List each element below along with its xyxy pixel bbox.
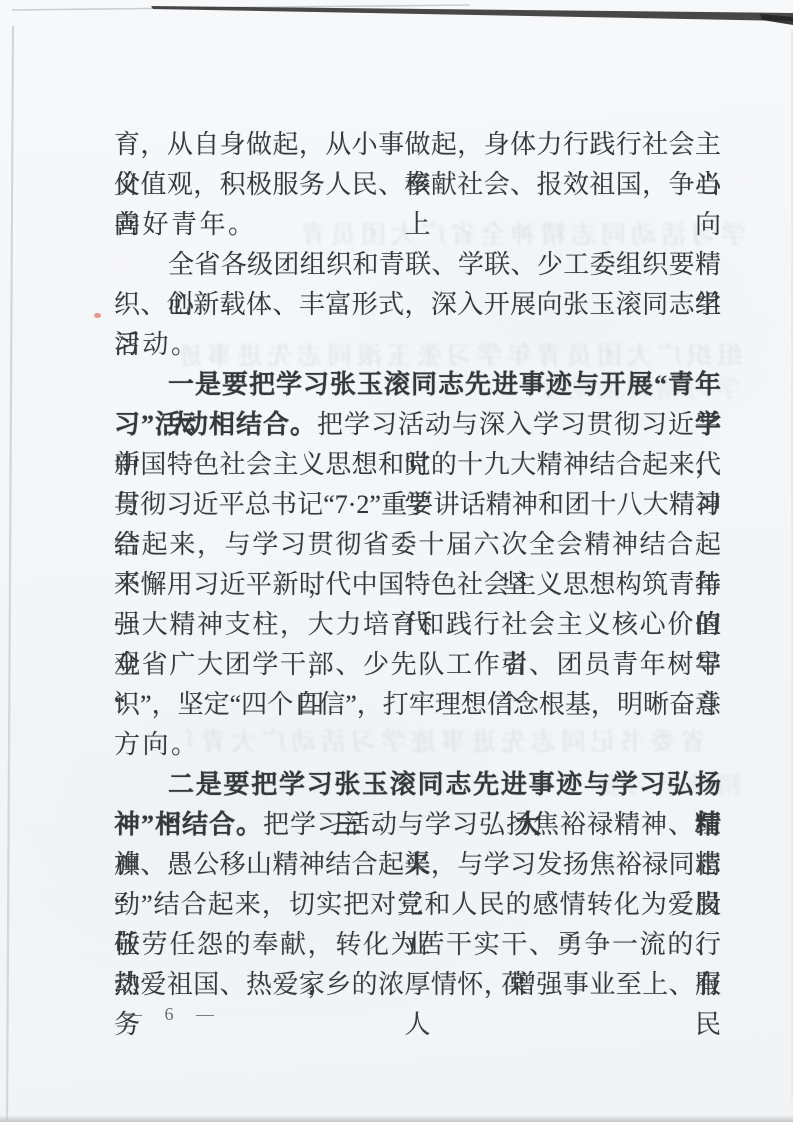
paragraph-4: 二是要把学习张玉滚同志先进事迹与学习弘扬“三大精 神”相结合。把学习活动与学习弘… bbox=[114, 765, 721, 1005]
emphasis-run: 习”活动相结合。 bbox=[114, 410, 317, 439]
text-line-emphasis: 一是要把学习张玉滚同志先进事迹与开展“青年大学 bbox=[114, 365, 721, 405]
text-line: 织、创新载体、丰富形式，深入开展向张玉滚同志学习 bbox=[114, 285, 721, 325]
text-line: 活动。 bbox=[114, 325, 721, 365]
emphasis-run: 神”相结合。 bbox=[114, 810, 263, 839]
text-line: 贯彻习近平总书记“7·2”重要讲话精神和团十八大精神结 bbox=[114, 485, 721, 525]
text-line: 神、愚公移山精神结合起来，与学习发扬焦裕禄同志“三股 bbox=[114, 845, 721, 885]
text-line: 价值观，积极服务人民、奉献社会、报效祖国，争当向上向 bbox=[114, 165, 721, 205]
paragraph-2: 全省各级团组织和青联、学联、少工委组织要精心组 织、创新载体、丰富形式，深入开展… bbox=[114, 245, 721, 365]
red-ink-mark bbox=[94, 313, 101, 318]
text-line: 习”活动相结合。把学习活动与深入学习贯彻习近平新时代 bbox=[114, 405, 721, 445]
text-line: 合起来，与学习贯彻省委十届六次全会精神结合起来，坚持 bbox=[114, 525, 721, 565]
scanned-page: 学习活动同志精神全省广大团员青年要学习发展 组织广大团员青年学习张玉滚同志先进事… bbox=[0, 0, 793, 1122]
text-line: 热爱祖国、热爱家乡的浓厚情怀，增强事业至上、服务人民 bbox=[114, 965, 721, 1005]
text-line: 全省广大团学干部、少先队工作者、团员青年树牢“四个意 bbox=[114, 645, 721, 685]
text-line: 神”相结合。把学习活动与学习弘扬焦裕禄精神、红旗渠精 bbox=[114, 805, 721, 845]
text-line: 育，从自身做起，从小事做起，身体力行践行社会主义核心 bbox=[114, 125, 721, 165]
text-line: 不懈用习近平新时代中国特色社会主义思想构筑青年一代的 bbox=[114, 565, 721, 605]
paragraph-1: 育，从自身做起，从小事做起，身体力行践行社会主义核心 价值观，积极服务人民、奉献… bbox=[114, 125, 721, 245]
page-number: — 6 — bbox=[124, 1002, 223, 1026]
text-line: 方向。 bbox=[114, 725, 721, 765]
text-line: 识”，坚定“四个自信”，打牢理想信念根基，明晰奋斗 bbox=[114, 685, 721, 725]
text-line-emphasis: 二是要把学习张玉滚同志先进事迹与学习弘扬“三大精 bbox=[114, 765, 721, 805]
text-line: 强大精神支柱，大力培育和践行社会主义核心价值观，引导 bbox=[114, 605, 721, 645]
text-line: 中国特色社会主义思想和党的十九大精神结合起来，与学习 bbox=[114, 445, 721, 485]
text-line: 全省各级团组织和青联、学联、少工委组织要精心组 bbox=[114, 245, 721, 285]
paragraph-3: 一是要把学习张玉滚同志先进事迹与开展“青年大学 习”活动相结合。把学习活动与深入… bbox=[114, 365, 721, 765]
document-body: 育，从自身做起，从小事做起，身体力行践行社会主义核心 价值观，积极服务人民、奉献… bbox=[114, 125, 721, 1005]
text-line: 劲”结合起来，切实把对党和人民的感情转化为爱岗敬业、 bbox=[114, 885, 721, 925]
text-line: 任劳任怨的奉献，转化为苦干实干、勇争一流的行动，葆有 bbox=[114, 925, 721, 965]
scanner-bottom-shadow bbox=[0, 1115, 793, 1122]
